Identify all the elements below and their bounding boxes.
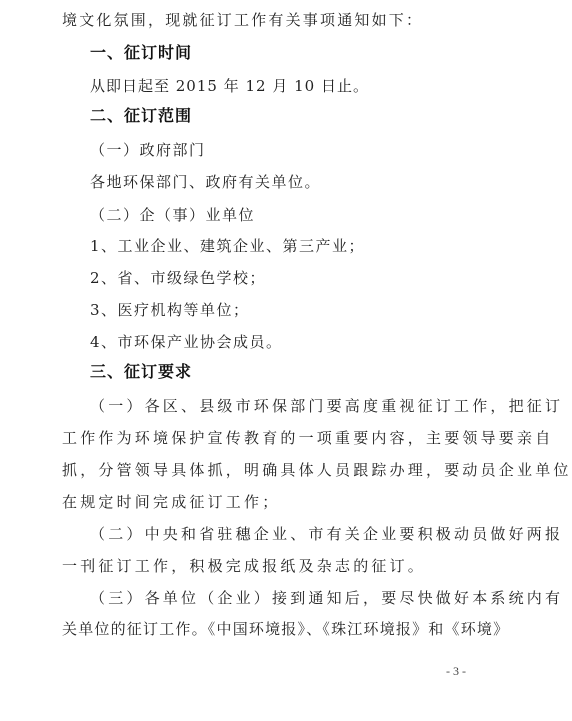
document-page: 境文化氛围，现就征订工作有关事项通知如下： 一、征订时间 从即日起至 2015 … [0,0,572,721]
section-heading-scope: 二、征订范围 [90,106,192,126]
list-item-2: 2、省、市级绿色学校； [90,268,266,288]
requirement-3-line-1: （三）各单位（企业）接到通知后，要尽快做好本系统内有 [90,588,563,608]
section-heading-time: 一、征订时间 [90,43,192,63]
intro-line: 境文化氛围，现就征订工作有关事项通知如下： [62,10,423,30]
list-item-1: 1、工业企业、建筑企业、第三产业； [90,236,365,256]
list-item-3: 3、医疗机构等单位； [90,300,250,320]
subsection-title-government: （一）政府部门 [90,140,206,160]
list-item-4: 4、市环保产业协会成员。 [90,332,283,352]
government-units-text: 各地环保部门、政府有关单位。 [90,172,321,192]
requirement-1-line-4: 在规定时间完成征订工作； [62,492,280,512]
subsection-title-enterprises: （二）企（事）业单位 [90,205,255,225]
requirement-3-line-2: 关单位的征订工作。《中国环境报》、《珠江环境报》和《环境》 [62,619,509,639]
requirement-2-line-1: （二）中央和省驻穗企业、市有关企业要积极动员做好两报 [90,524,563,544]
page-number: - 3 - [446,664,466,679]
requirement-1-line-1: （一）各区、县级市环保部门要高度重视征订工作，把征订 [90,396,563,416]
requirement-1-line-2: 工作作为环境保护宣传教育的一项重要内容，主要领导要亲自 [62,428,553,448]
requirement-2-line-2: 一刊征订工作，积极完成报纸及杂志的征订。 [62,556,426,576]
section-heading-requirements: 三、征订要求 [90,362,192,382]
time-range-text: 从即日起至 2015 年 12 月 10 日止。 [90,76,369,96]
requirement-1-line-3: 抓，分管领导具体抓，明确具体人员跟踪办理，要动员企业单位 [62,460,572,480]
